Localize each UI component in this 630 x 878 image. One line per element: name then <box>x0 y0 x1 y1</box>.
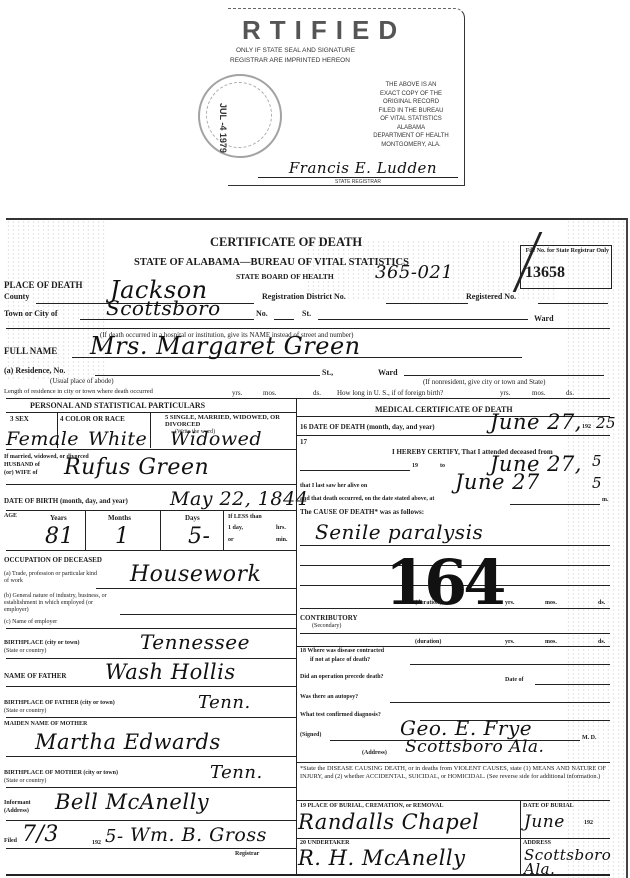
filed-year-prefix: 192 <box>92 840 101 846</box>
duration-label: (duration) <box>415 639 441 645</box>
registrar-name: Wm. B. Gross <box>130 824 267 846</box>
employer-label: (c) Name of employer <box>4 619 57 625</box>
filed-label: Filed <box>4 838 17 844</box>
birthplace-label: BIRTHPLACE (city or town) <box>4 640 80 646</box>
ds-label: ds. <box>598 600 605 606</box>
occupation-heading: OCCUPATION OF DECEASED <box>4 556 102 564</box>
length-of-residence-label: Length of residence in city or town wher… <box>4 388 153 395</box>
operation-label: Did an operation precede death? <box>300 674 384 680</box>
full-name-value: Mrs. Margaret Green <box>90 332 361 360</box>
registration-district-label: Registration District No. <box>262 292 346 301</box>
min-label: min. <box>276 537 288 543</box>
file-number-box: File No. for State Registrar Only 13658 <box>520 245 612 289</box>
residence-ward-label: Ward <box>378 368 398 377</box>
mother-birthplace-sub: (State or country) <box>4 778 46 784</box>
residence-st-label: St., <box>322 368 333 377</box>
stamp-attestation: THE ABOVE IS AN EXACT COPY OF THE ORIGIN… <box>358 81 464 149</box>
place-of-death-heading: PLACE OF DEATH <box>4 280 83 290</box>
father-label: NAME OF FATHER <box>4 672 66 680</box>
burial-date-value: June <box>524 812 565 832</box>
stamp-signature-caption: STATE REGISTRAR <box>258 178 458 187</box>
mother-value: Martha Edwards <box>35 730 221 754</box>
stamp-title: RTIFIED <box>242 15 406 46</box>
mother-birthplace-value: Tenn. <box>210 762 263 783</box>
birthplace-sub: (State or country) <box>4 648 46 654</box>
m-label: m. <box>602 497 609 503</box>
mos-label: mos. <box>532 389 545 397</box>
cause-value: Senile paralysis <box>315 520 483 544</box>
hrs-label: hrs. <box>276 525 286 531</box>
residence-sub: (Usual place of abode) <box>50 377 114 385</box>
father-birthplace-sub: (State or country) <box>4 708 46 714</box>
informant-sub: (Address) <box>4 808 29 814</box>
file-number: 13658 <box>525 264 565 282</box>
autopsy-label: Was there an autopsy? <box>300 694 358 700</box>
race-value: White <box>88 428 147 450</box>
test-label: What test confirmed diagnosis? <box>300 712 381 718</box>
father-birthplace-value: Tenn. <box>198 692 251 713</box>
father-value: Wash Hollis <box>105 660 236 684</box>
days-label: Days <box>185 514 200 522</box>
trade-value: Housework <box>130 562 261 587</box>
less-than-label: If LESS than <box>228 514 262 520</box>
sex-label: 3 SEX <box>10 415 29 423</box>
residence-label: (a) Residence, No. <box>4 366 65 375</box>
county-label: County <box>4 292 29 301</box>
ds-label: ds. <box>313 389 321 397</box>
physician-address-label: (Address) <box>362 750 387 756</box>
industry-label: (b) General nature of industry, business… <box>4 593 119 614</box>
marital-value: Widowed <box>170 428 262 450</box>
yrs-label: yrs. <box>505 600 515 606</box>
spouse-label-2: HUSBAND of <box>4 462 40 468</box>
father-birthplace-label: BIRTHPLACE OF FATHER (city or town) <box>4 700 115 706</box>
burial-place-value: Randalls Chapel <box>298 810 479 834</box>
no-label: No. <box>256 309 268 318</box>
sex-value: Female <box>6 428 79 450</box>
registrar-label: Registrar <box>235 851 259 857</box>
yrs-label: yrs. <box>232 389 242 397</box>
town-value: Scottsboro <box>106 296 221 320</box>
last-saw-label: that I last saw her alive on <box>300 483 367 489</box>
dod-label: 16 DATE OF DEATH (month, day, and year) <box>300 423 435 431</box>
occurred-label: and that death occurred, on the date sta… <box>300 496 434 502</box>
handwritten-number: 365-021 <box>375 262 453 283</box>
contracted-label: 18 Where was disease contracted <box>300 648 384 654</box>
cause-footnote: *State the DISEASE CAUSING DEATH, or in … <box>300 765 606 780</box>
yrs-label: yrs. <box>505 639 515 645</box>
st-label: St. <box>302 309 311 318</box>
nonresident-note: (If nonresident, give city or town and S… <box>423 378 545 386</box>
contributory-label: CONTRIBUTORY <box>300 614 358 622</box>
duration-label: (duration) <box>415 600 441 606</box>
filed-year: 5- <box>105 826 124 847</box>
mos-label: mos. <box>545 639 557 645</box>
stamp-line-1: ONLY IF STATE SEAL AND SIGNATURE <box>236 47 436 56</box>
last-saw-year: 5 <box>592 474 602 492</box>
race-label: 4 COLOR OR RACE <box>60 415 125 423</box>
attestation-line: EXACT COPY OF THE <box>358 90 464 99</box>
certificate-title: CERTIFICATE OF DEATH <box>210 235 362 250</box>
registrar-signature: Francis E. Ludden <box>268 159 458 177</box>
attestation-line: ORIGINAL RECORD <box>358 98 464 107</box>
dod-year-prefix: 192 <box>582 424 591 430</box>
item-17: 17 <box>300 438 307 446</box>
yrs-label: yrs. <box>500 389 510 397</box>
burial-date-label: DATE OF BURIAL <box>523 803 574 809</box>
attestation-line: THE ABOVE IS AN <box>358 81 464 90</box>
attestation-line: FILED IN THE BUREAU <box>358 107 464 116</box>
dod-year: 25 <box>596 414 616 432</box>
signed-label: (Signed) <box>300 732 321 738</box>
foreign-birth-label: How long in U. S., if of foreign birth? <box>337 389 443 397</box>
age-months: 1 <box>115 524 130 549</box>
burial-date-year-prefix: 192 <box>584 820 593 826</box>
birthplace-value: Tennessee <box>140 630 250 654</box>
mother-label: MAIDEN NAME OF MOTHER <box>4 721 87 727</box>
months-label: Months <box>108 514 131 522</box>
attestation-line: ALABAMA <box>358 124 464 133</box>
date-of-label: Date of <box>505 677 524 683</box>
certified-stamp: RTIFIED ONLY IF STATE SEAL AND SIGNATURE… <box>228 8 465 186</box>
less-day-label: 1 day, <box>228 525 243 531</box>
physician-address: Scottsboro Ala. <box>405 737 544 757</box>
undertaker-value: R. H. McAnelly <box>298 846 466 870</box>
or-label: or <box>228 537 234 543</box>
to-label: to <box>440 463 445 469</box>
informant-value: Bell McAnelly <box>55 790 209 814</box>
mother-birthplace-label: BIRTHPLACE OF MOTHER (city or town) <box>4 770 118 776</box>
dob-value: May 22, 1844 <box>170 488 308 510</box>
ds-label: ds. <box>598 639 605 645</box>
years-label: Years <box>50 514 67 522</box>
board-of-health: STATE BOARD OF HEALTH <box>236 272 334 281</box>
attestation-line: DEPARTMENT OF HEALTH <box>358 132 464 141</box>
marital-label: 5 SINGLE, MARRIED, WIDOWED, OR DIVORCED <box>165 414 293 428</box>
personal-heading: PERSONAL AND STATISTICAL PARTICULARS <box>30 401 205 410</box>
mos-label: mos. <box>263 389 276 397</box>
age-label: AGE <box>4 513 17 519</box>
registered-no-label: Registered No. <box>466 292 516 301</box>
town-label: Town or City of <box>4 309 58 318</box>
stamp-date: JUL -4 1979 <box>218 103 228 153</box>
stamp-line-2: REGISTRAR ARE IMPRINTED HEREON <box>230 57 440 66</box>
age-days: 5- <box>188 524 210 549</box>
from-19: 19 <box>412 463 418 469</box>
mos-label: mos. <box>545 600 557 606</box>
cause-label: The CAUSE OF DEATH* was as follows: <box>300 508 424 516</box>
state-seal-inner-ring <box>206 82 272 148</box>
certificate-subtitle: STATE OF ALABAMA—BUREAU OF VITAL STATIST… <box>134 257 409 268</box>
attestation-line: OF VITAL STATISTICS <box>358 115 464 124</box>
file-box-label: File No. for State Registrar Only <box>525 248 609 255</box>
attestation-line: MONTGOMERY, ALA. <box>358 141 464 150</box>
age-years: 81 <box>45 524 74 549</box>
dod-value: June 27, <box>490 410 582 434</box>
md-label: M. D. <box>582 735 597 741</box>
last-saw-value: June 27 <box>455 470 540 494</box>
undertaker-address-value: Scottsboro Ala. <box>524 848 614 876</box>
ward-label: Ward <box>534 314 554 323</box>
trade-label: (a) Trade, profession or particular kind… <box>4 571 99 585</box>
contracted-sub: if not at place of death? <box>310 657 370 663</box>
dob-label: DATE OF BIRTH (month, day, and year) <box>4 497 128 505</box>
burial-place-label: 19 PLACE OF BURIAL, CREMATION, or REMOVA… <box>300 803 443 809</box>
informant-label: Informant <box>4 800 31 806</box>
filed-date: 7/3 <box>22 822 59 847</box>
ds-label: ds. <box>566 389 574 397</box>
spouse-label-3: (or) WIFE of <box>4 470 38 476</box>
attended-year: 5 <box>592 452 602 470</box>
contributory-sub: (Secondary) <box>312 623 341 629</box>
full-name-label: FULL NAME <box>4 346 57 356</box>
spouse-value: Rufus Green <box>64 455 209 480</box>
